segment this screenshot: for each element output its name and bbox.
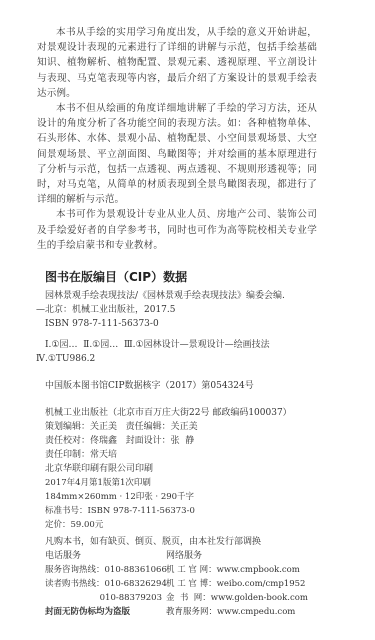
cip-record: 园林景观手绘表现技法/《园林景观手绘表现技法》编委会编. —北京：机械工业出版社… xyxy=(36,289,285,331)
consulting-hotline: 服务咨询热线：010-88361066 xyxy=(45,563,166,577)
intro-paragraph-1: 本书从手绘的实用学习角度出发，从手绘的意义开始讲起，对景观设计表现的元素进行了详… xyxy=(37,25,317,101)
cmpbook-website[interactable]: 机 工 官 网：www.cmpbook.com xyxy=(166,563,300,577)
cmpedu-website[interactable]: 教育服务网：www.cmpedu.com xyxy=(166,605,295,619)
editors: 策划编辑：关正美 责任编辑：关正美 xyxy=(45,420,292,434)
classification-line-1: Ⅰ.①园… Ⅱ.①园… Ⅲ.①园林设计—景观设计—绘画技法 xyxy=(36,338,270,352)
golden-book-website[interactable]: 金 书 网：www.golden-book.com xyxy=(166,591,308,605)
print-manager: 责任印制：常天培 xyxy=(45,448,292,462)
service-block: 凡购本书，如有缺页、倒页、脱页，由本社发行部调换 电话服务 网络服务 服务咨询热… xyxy=(45,535,308,619)
classification-line-2: Ⅳ.①TU986.2 xyxy=(36,352,270,366)
service-row: 服务咨询热线：010-88361066 机 工 官 网：www.cmpbook.… xyxy=(45,563,308,577)
cip-classification: Ⅰ.①园… Ⅱ.①园… Ⅲ.①园林设计—景观设计—绘画技法 Ⅳ.①TU986.2 xyxy=(36,338,270,366)
publisher-address: 机械工业出版社（北京市百万庄大街22号 邮政编码100037） xyxy=(45,406,292,420)
purchase-hotline-2: 010-88379203 xyxy=(45,591,166,605)
cip-publisher-line: —北京：机械工业出版社，2017.5 xyxy=(36,303,285,317)
purchase-hotline: 读者购书热线：010-68326294 xyxy=(45,577,166,591)
cip-isbn-line: ISBN 978-7-111-56373-0 xyxy=(36,317,285,331)
book-introduction: 本书从手绘的实用学习角度出发，从手绘的意义开始讲起，对景观设计表现的元素进行了详… xyxy=(37,25,317,253)
replacement-notice: 凡购本书，如有缺页、倒页、脱页，由本社发行部调换 xyxy=(45,535,308,549)
service-row: 读者购书热线：010-68326294 机 工 官 博：weibo.com/cm… xyxy=(45,577,308,591)
cip-heading: 图书在版编目（CIP）数据 xyxy=(45,268,187,285)
printer: 北京华联印刷有限公司印刷 xyxy=(45,462,292,476)
service-row: 010-88379203 金 书 网：www.golden-book.com xyxy=(45,591,308,605)
anti-piracy-notice: 封面无防伪标均为盗版 xyxy=(45,605,166,619)
intro-paragraph-2: 本书不但从绘画的角度详细地讲解了手绘的学习方法，还从设计的角度分析了各功能空间的… xyxy=(37,101,317,207)
service-headings: 电话服务 网络服务 xyxy=(45,549,308,563)
format-info: 184mm×260mm · 12印张 · 290千字 xyxy=(45,490,292,504)
standard-number: 标准书号：ISBN 978-7-111-56373-0 xyxy=(45,504,292,518)
price: 定价：59.00元 xyxy=(45,518,292,532)
service-row: 封面无防伪标均为盗版 教育服务网：www.cmpedu.com xyxy=(45,605,308,619)
weibo-link[interactable]: 机 工 官 博：weibo.com/cmp1952 xyxy=(166,577,305,591)
cip-core-number-block: 中国版本图书馆CIP数据核字（2017）第054324号 xyxy=(36,379,254,393)
edition-info: 2017年4月第1版第1次印刷 xyxy=(45,476,292,490)
cip-core-number: 中国版本图书馆CIP数据核字（2017）第054324号 xyxy=(36,379,254,393)
phone-service-heading: 电话服务 xyxy=(45,549,166,563)
network-service-heading: 网络服务 xyxy=(166,549,202,563)
intro-paragraph-3: 本书可作为景观设计专业从业人员、房地产公司、装饰公司及手绘爱好者的自学参考书，同… xyxy=(37,207,317,253)
copyright-page: 本书从手绘的实用学习角度出发，从手绘的意义开始讲起，对景观设计表现的元素进行了详… xyxy=(0,0,375,640)
proofreader-cover-designer: 责任校对：佟瑞鑫 封面设计：张 静 xyxy=(45,434,292,448)
cip-title-line: 园林景观手绘表现技法/《园林景观手绘表现技法》编委会编. xyxy=(36,289,285,303)
imprint-block: 机械工业出版社（北京市百万庄大街22号 邮政编码100037） 策划编辑：关正美… xyxy=(45,406,292,532)
